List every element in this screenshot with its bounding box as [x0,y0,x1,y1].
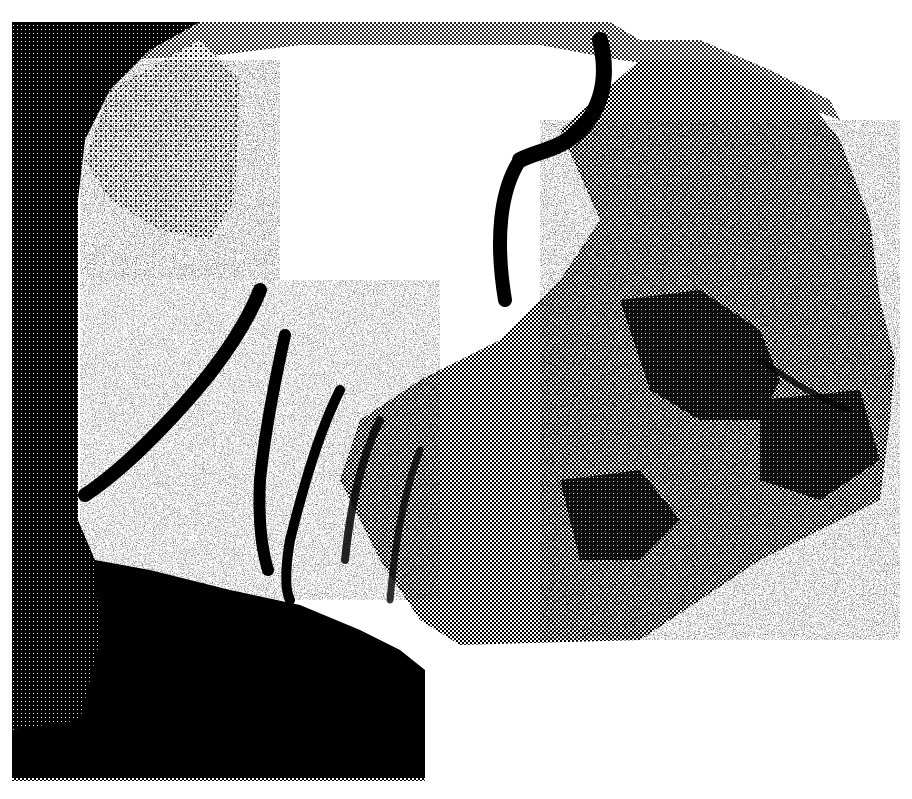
scan-bottom-edge [12,778,425,781]
dithered-specimen-image [0,0,912,799]
